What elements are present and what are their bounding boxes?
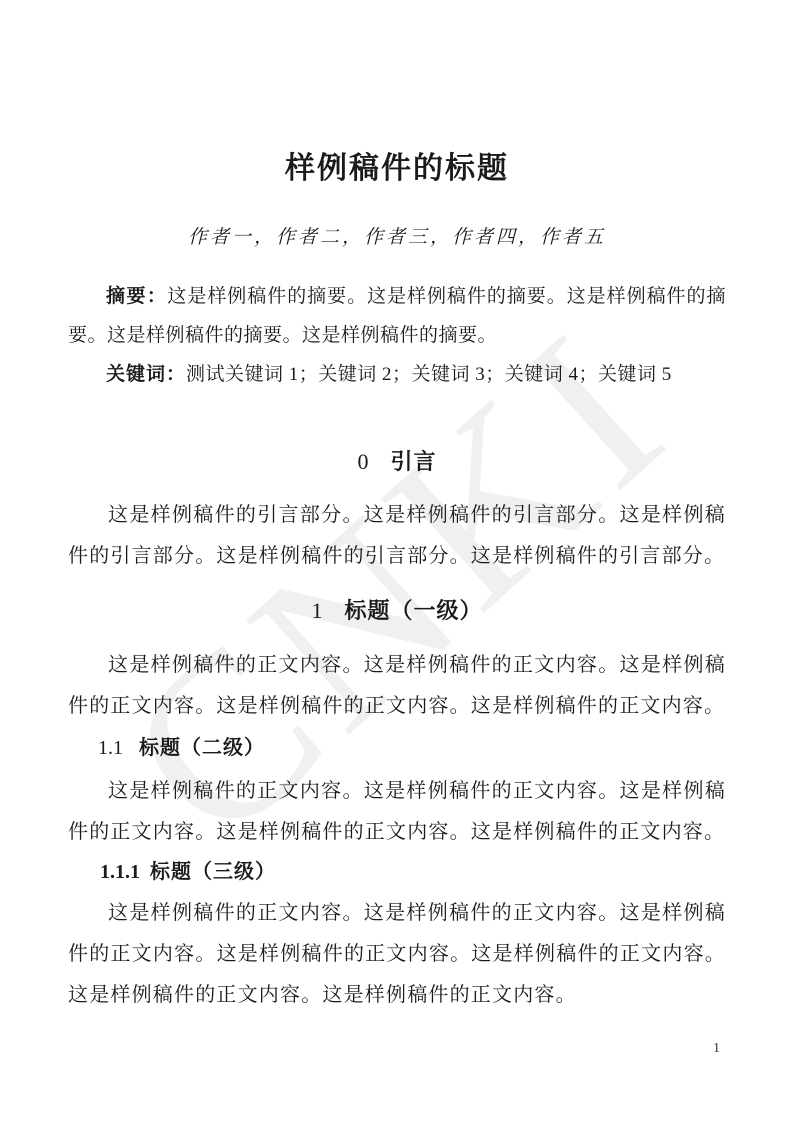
section-paragraph: 这是样例稿件的正文内容。这是样例稿件的正文内容。这是样例稿件的正文内容。这是样例… [68,645,726,727]
page-content: 样例稿件的标题 作者一，作者二，作者三，作者四，作者五 摘要：这是样例稿件的摘要… [0,0,794,1016]
article-title: 样例稿件的标题 [68,150,726,188]
section-heading-level3: 1.1.1标题（三级） [68,859,726,885]
keywords-line: 关键词：测试关键词 1；关键词 2；关键词 3；关键词 4；关键词 5 [68,355,726,394]
section-paragraph: 这是样例稿件的正文内容。这是样例稿件的正文内容。这是样例稿件的正文内容。这是样例… [68,893,726,1016]
section-paragraph: 这是样例稿件的引言部分。这是样例稿件的引言部分。这是样例稿件的引言部分。这是样例… [68,495,726,577]
document-page: CNKI 样例稿件的标题 作者一，作者二，作者三，作者四，作者五 摘要：这是样例… [0,0,794,1123]
section-heading-level2: 1.1标题（二级） [68,735,726,761]
page-number: 1 [713,1041,720,1057]
section-number: 1 [311,598,322,623]
section-title: 标题（三级） [150,861,276,883]
abstract-label: 摘要： [106,286,167,307]
section-number: 1.1.1 [100,861,140,883]
section-number: 1.1 [98,737,123,759]
abstract-paragraph: 摘要：这是样例稿件的摘要。这是样例稿件的摘要。这是样例稿件的摘要。这是样例稿件的… [68,277,726,355]
author-line: 作者一，作者二，作者三，作者四，作者五 [68,224,726,251]
keywords-text: 测试关键词 1；关键词 2；关键词 3；关键词 4；关键词 5 [186,364,672,385]
section-paragraph: 这是样例稿件的正文内容。这是样例稿件的正文内容。这是样例稿件的正文内容。这是样例… [68,771,726,853]
section-number: 0 [357,449,368,474]
section-title: 引言 [390,449,436,474]
section-title: 标题（二级） [139,737,265,759]
section-heading-intro: 0引言 [68,448,726,477]
section-title: 标题（一级） [344,598,482,623]
keywords-label: 关键词： [106,364,186,385]
abstract-text: 这是样例稿件的摘要。这是样例稿件的摘要。这是样例稿件的摘要。这是样例稿件的摘要。… [68,286,726,346]
section-heading-level1: 1标题（一级） [68,597,726,626]
